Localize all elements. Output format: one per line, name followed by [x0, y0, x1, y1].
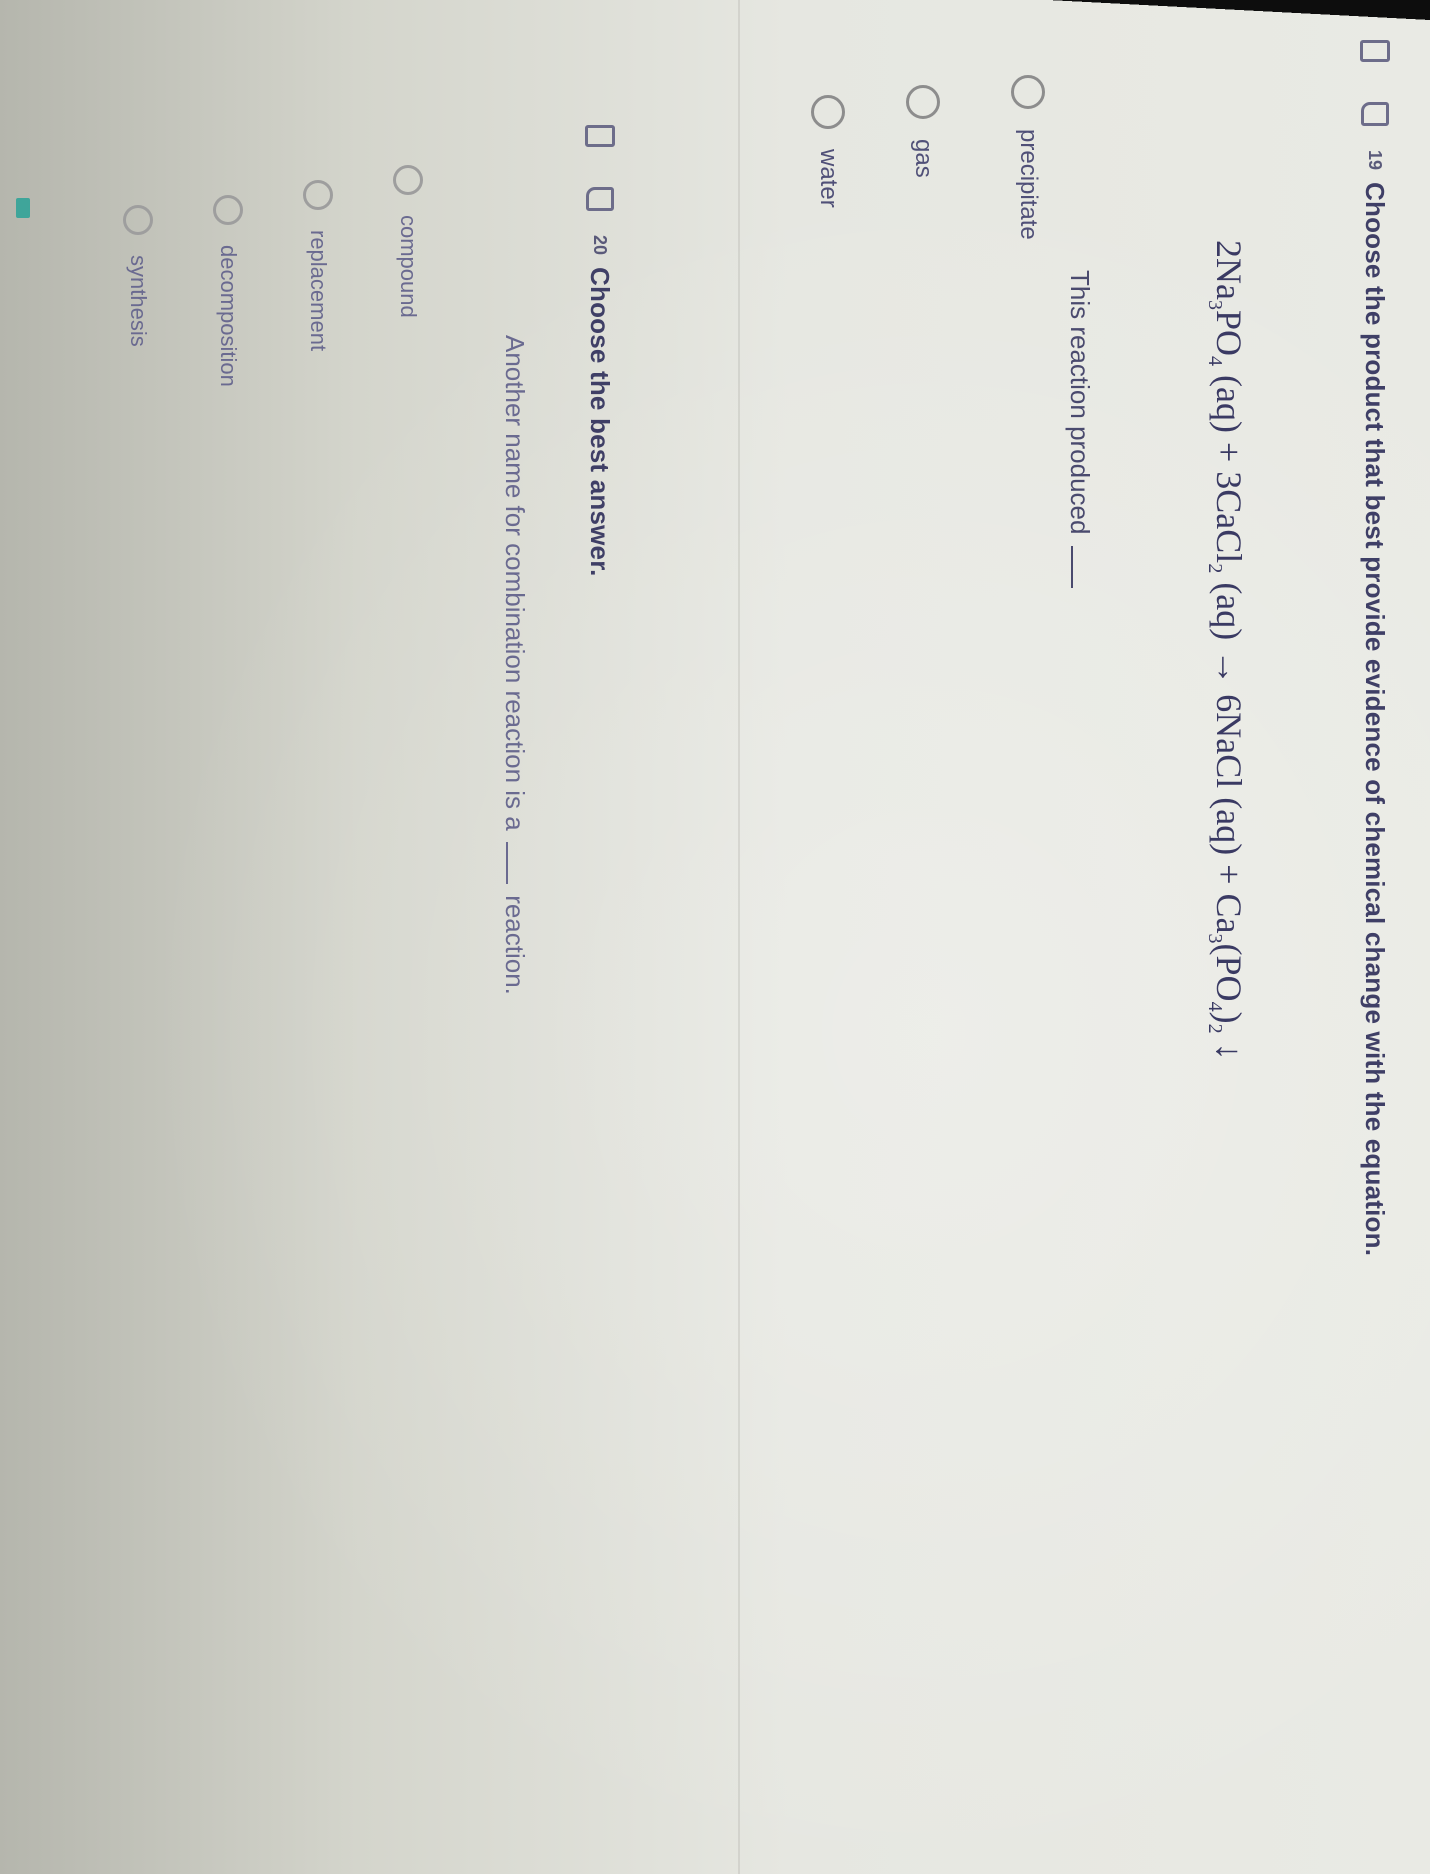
option-replacement[interactable]: replacement [296, 180, 340, 351]
monitor-bezel [0, 0, 1430, 160]
prompt-text: Another name for combination reaction is… [500, 335, 530, 831]
radio-button[interactable] [303, 180, 333, 210]
option-label: compound [395, 215, 421, 318]
flag-icon[interactable] [585, 125, 615, 147]
option-decomposition[interactable]: decomposition [206, 195, 250, 387]
question-20-header: 20 Choose the best answer. [580, 125, 620, 577]
option-gas[interactable]: gas [901, 85, 945, 178]
radio-button[interactable] [811, 95, 845, 129]
state: (aq) [1209, 375, 1249, 433]
flag-icon[interactable] [1360, 40, 1390, 62]
state: (aq) [1209, 582, 1249, 640]
question-number: 19 [1365, 150, 1386, 170]
option-compound[interactable]: compound [386, 165, 430, 318]
answer-blank [1071, 546, 1073, 588]
reaction-arrow: → [1209, 649, 1249, 685]
content-divider [738, 0, 740, 1874]
question-19-header: 19 Choose the product that best provide … [1355, 40, 1395, 1256]
option-label: precipitate [1014, 129, 1042, 240]
answer-blank [506, 842, 508, 884]
comment-icon[interactable] [586, 187, 614, 211]
coef: 6 [1209, 694, 1249, 712]
question-prompt: Another name for combination reaction is… [499, 335, 530, 995]
question-number: 20 [590, 235, 611, 255]
prompt-text: This reaction produced [1065, 270, 1095, 534]
option-label: synthesis [125, 255, 151, 347]
radio-button[interactable] [393, 165, 423, 195]
radio-button[interactable] [123, 205, 153, 235]
option-label: replacement [305, 230, 331, 351]
precipitate-arrow: ↓ [1209, 1043, 1249, 1061]
option-precipitate[interactable]: precipitate [1006, 75, 1050, 240]
option-label: decomposition [215, 245, 241, 387]
radio-button[interactable] [213, 195, 243, 225]
comment-icon[interactable] [1361, 102, 1389, 126]
chemical-equation: 2Na3PO4 (aq) + 3CaCl2 (aq) → 6NaCl (aq) … [1203, 240, 1250, 1061]
option-water[interactable]: water [806, 95, 850, 208]
option-synthesis[interactable]: synthesis [116, 205, 160, 347]
option-label: gas [909, 139, 937, 178]
coef: 2 [1209, 240, 1249, 258]
radio-button[interactable] [1011, 75, 1045, 109]
quiz-page: 19 Choose the product that best provide … [0, 0, 1430, 1874]
coef: 3 [1209, 471, 1249, 489]
question-title: Choose the best answer. [585, 267, 616, 576]
progress-indicator [16, 198, 30, 218]
state: (aq) [1209, 797, 1249, 855]
option-label: water [814, 149, 842, 208]
radio-button[interactable] [906, 85, 940, 119]
prompt-text-end: reaction. [500, 895, 530, 995]
question-title: Choose the product that best provide evi… [1360, 182, 1391, 1256]
question-prompt: This reaction produced [1064, 270, 1095, 592]
